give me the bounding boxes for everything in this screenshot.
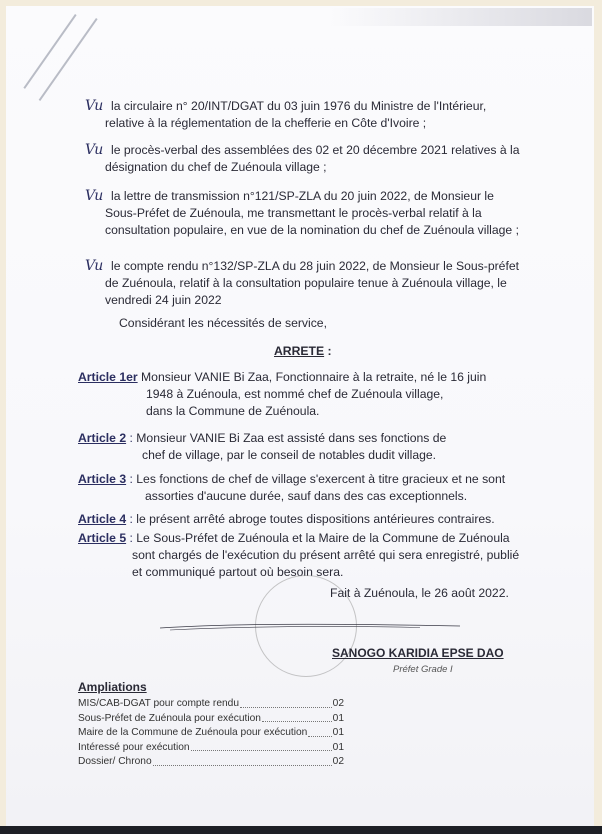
scanner-edge — [0, 826, 602, 834]
considerant-text: Considérant les nécessités de service, — [119, 316, 327, 330]
ampliation-recipient: MIS/CAB-DGAT pour compte rendu — [78, 697, 239, 712]
ampliation-recipient: Sous-Préfet de Zuénoula pour exécution — [78, 712, 261, 727]
leader-dots — [240, 697, 332, 708]
visa-text: le compte rendu n°132/SP-ZLA du 28 juin … — [111, 259, 519, 273]
signer-name: SANOGO KARIDIA EPSE DAO — [332, 646, 504, 660]
arrete-title: ARRETE — [274, 344, 324, 358]
visa-item: Vula lettre de transmission n°121/SP-ZLA… — [85, 188, 545, 239]
leader-dots — [153, 755, 332, 766]
article-text: Les fonctions de chef de village s'exerc… — [136, 472, 505, 486]
visa-text-continued: relative à la réglementation de la cheff… — [85, 115, 545, 132]
article-label: Article 5 — [78, 531, 126, 545]
ampliation-row: Dossier/ Chrono02 — [78, 755, 344, 770]
leader-dots — [191, 741, 332, 752]
ampliation-recipient: Dossier/ Chrono — [78, 755, 152, 770]
article-separator: : — [126, 512, 136, 526]
leader-dots — [262, 712, 332, 723]
article-3: Article 3 : Les fonctions de chef de vil… — [78, 471, 548, 505]
arrete-colon: : — [324, 344, 331, 358]
visa-item: Vule procès-verbal des assemblées des 02… — [85, 142, 545, 176]
vu-prefix: Vu — [85, 98, 111, 115]
article-separator: : — [126, 431, 136, 445]
visa-text-continued: de Zuénoula, relatif à la consultation p… — [85, 275, 525, 309]
article-label: Article 2 — [78, 431, 126, 445]
visa-text: le procès-verbal des assemblées des 02 e… — [111, 143, 520, 157]
ampliation-qty: 01 — [333, 726, 344, 741]
article-separator: : — [126, 531, 136, 545]
article-text-continued: chef de village, par le conseil de notab… — [78, 447, 548, 464]
ampliations-title: Ampliations — [78, 680, 147, 694]
visa-item: Vula circulaire n° 20/INT/DGAT du 03 jui… — [85, 98, 545, 132]
visa-text: la circulaire n° 20/INT/DGAT du 03 juin … — [111, 99, 486, 113]
article-2: Article 2 : Monsieur VANIE Bi Zaa est as… — [78, 430, 548, 464]
ampliation-qty: 02 — [333, 755, 344, 770]
visa-item: Vule compte rendu n°132/SP-ZLA du 28 jui… — [85, 258, 545, 309]
article-text: le présent arrêté abroge toutes disposit… — [136, 512, 494, 526]
ampliation-recipient: Intéressé pour exécution — [78, 741, 190, 756]
ampliations-list: MIS/CAB-DGAT pour compte rendu02 Sous-Pr… — [78, 697, 344, 770]
vu-prefix: Vu — [85, 188, 111, 205]
article-5: Article 5 : Le Sous-Préfet de Zuénoula e… — [78, 530, 548, 581]
article-separator: : — [126, 472, 136, 486]
article-text: Le Sous-Préfet de Zuénoula et la Maire d… — [136, 531, 509, 545]
arrete-heading: ARRETE : — [274, 344, 332, 358]
visa-text: la lettre de transmission n°121/SP-ZLA d… — [111, 189, 494, 203]
ampliation-row: Sous-Préfet de Zuénoula pour exécution01 — [78, 712, 344, 727]
article-text-continued: assorties d'aucune durée, sauf dans des … — [78, 488, 548, 505]
ampliation-row: MIS/CAB-DGAT pour compte rendu02 — [78, 697, 344, 712]
article-label: Article 3 — [78, 472, 126, 486]
vu-prefix: Vu — [85, 258, 111, 275]
article-label: Article 4 — [78, 512, 126, 526]
article-text: Monsieur VANIE Bi Zaa est assisté dans s… — [136, 431, 446, 445]
article-1: Article 1er Monsieur VANIE Bi Zaa, Fonct… — [78, 369, 548, 420]
ampliations-colon: : — [143, 680, 146, 694]
ampliation-recipient: Maire de la Commune de Zuénoula pour exé… — [78, 726, 307, 741]
ampliation-row: Maire de la Commune de Zuénoula pour exé… — [78, 726, 344, 741]
article-text-continued: 1948 à Zuénoula, est nommé chef de Zuéno… — [78, 386, 466, 420]
ampliation-qty: 01 — [333, 712, 344, 727]
handwritten-signature — [160, 622, 460, 632]
scan-shadow — [330, 8, 592, 26]
article-4: Article 4 : le présent arrêté abroge tou… — [78, 511, 548, 528]
visa-text-continued: désignation du chef de Zuénoula village … — [85, 159, 545, 176]
place-date: Fait à Zuénoula, le 26 août 2022. — [330, 586, 509, 600]
article-label: Article 1er — [78, 370, 138, 384]
vu-prefix: Vu — [85, 142, 111, 159]
signer-title: Préfet Grade I — [393, 664, 453, 675]
ampliation-qty: 01 — [333, 741, 344, 756]
leader-dots — [308, 726, 331, 737]
visa-text-continued: Sous-Préfet de Zuénoula, me transmettant… — [85, 205, 525, 239]
ampliation-qty: 02 — [333, 697, 344, 712]
ampliation-row: Intéressé pour exécution01 — [78, 741, 344, 756]
article-text: Monsieur VANIE Bi Zaa, Fonctionnaire à l… — [141, 370, 486, 384]
